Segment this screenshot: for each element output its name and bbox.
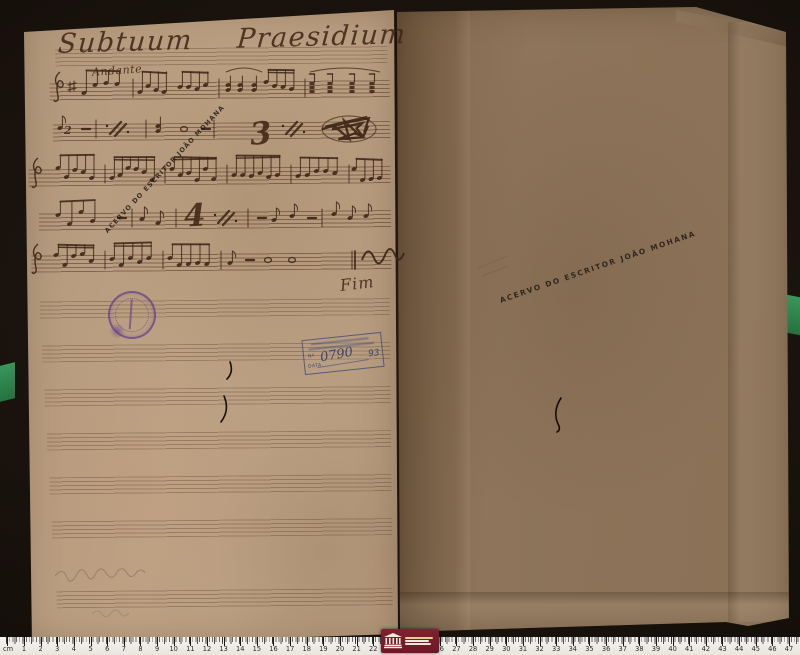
- ruler-number: 3: [55, 645, 59, 653]
- ruler-number: 1: [22, 645, 26, 653]
- ruler-number: 37: [619, 645, 627, 653]
- staff-line-group: [53, 121, 390, 141]
- ruler-number: 36: [602, 645, 610, 653]
- ruler-number: 11: [186, 645, 194, 653]
- ruler-number: 47: [785, 645, 793, 653]
- ruler-number: 34: [569, 645, 577, 653]
- ruler-number: 4: [72, 645, 76, 653]
- ruler-number: 44: [735, 645, 743, 653]
- number-field-label: Nº: [308, 354, 315, 360]
- badge-text-lines: [405, 637, 433, 645]
- institution-badge: [381, 629, 439, 653]
- staff-line-group: [49, 474, 391, 494]
- scanned-manuscript-spread: { "left_page": { "title_inscription": "S…: [0, 0, 800, 655]
- ruler-number: 41: [685, 645, 693, 653]
- staff-line-group: [39, 210, 391, 230]
- staff-line-group: [57, 588, 393, 608]
- ruler-number: 30: [502, 645, 510, 653]
- ruler-number: 29: [485, 645, 493, 653]
- ruler-number: 19: [319, 645, 327, 653]
- multirest-numeral-3: 3: [248, 115, 273, 153]
- ruler-number: 40: [668, 645, 676, 653]
- ruler-number: 8: [138, 645, 142, 653]
- ruler-number: 15: [253, 645, 261, 653]
- ruler-number: 6: [105, 645, 109, 653]
- staff-line-group: [28, 166, 390, 186]
- library-building-icon: [384, 633, 402, 649]
- ruler-number: 14: [236, 645, 244, 653]
- ruler-number: 38: [635, 645, 643, 653]
- ruler-number: 7: [122, 645, 126, 653]
- ruler-number: 35: [585, 645, 593, 653]
- multirest-numeral-4: 4: [183, 197, 206, 234]
- ruler-number: 31: [519, 645, 527, 653]
- ruler-number: 13: [219, 645, 227, 653]
- ruler-number: 27: [452, 645, 460, 653]
- ruler-number: 5: [88, 645, 92, 653]
- ruler-number: 16: [269, 645, 277, 653]
- ruler-number: 2: [39, 645, 43, 653]
- ruler-number: 42: [702, 645, 710, 653]
- ruler-number: 43: [718, 645, 726, 653]
- ruler-major-tick: [7, 637, 8, 646]
- staff-line-group: [45, 386, 391, 406]
- ruler-unit-label: cm: [3, 645, 13, 653]
- ruler-number: 17: [286, 645, 294, 653]
- ruler-number: 32: [535, 645, 543, 653]
- badge-text-line: [405, 643, 431, 645]
- ruler-number: 10: [169, 645, 177, 653]
- staff-line-group: [50, 80, 390, 100]
- staff-line-group: [31, 252, 391, 272]
- staff-line-group: [47, 430, 391, 450]
- badge-text-line: [405, 637, 433, 639]
- ruler-number: 33: [552, 645, 560, 653]
- ruler-number: 20: [336, 645, 344, 653]
- ruler-number: 45: [752, 645, 760, 653]
- ruler-number: 9: [155, 645, 159, 653]
- staff-line-group: [40, 298, 390, 318]
- ruler-number: 21: [352, 645, 360, 653]
- ruler-number: 28: [469, 645, 477, 653]
- staff-line-group: [52, 518, 392, 538]
- ruler-number: 12: [203, 645, 211, 653]
- ruler-number: 39: [652, 645, 660, 653]
- ruler-number: 46: [768, 645, 776, 653]
- ruler-number: 22: [369, 645, 377, 653]
- badge-text-line: [405, 640, 429, 642]
- accession-year: 93: [368, 348, 380, 359]
- ruler-number: 18: [303, 645, 311, 653]
- rest-numeral-2: 2: [64, 124, 72, 137]
